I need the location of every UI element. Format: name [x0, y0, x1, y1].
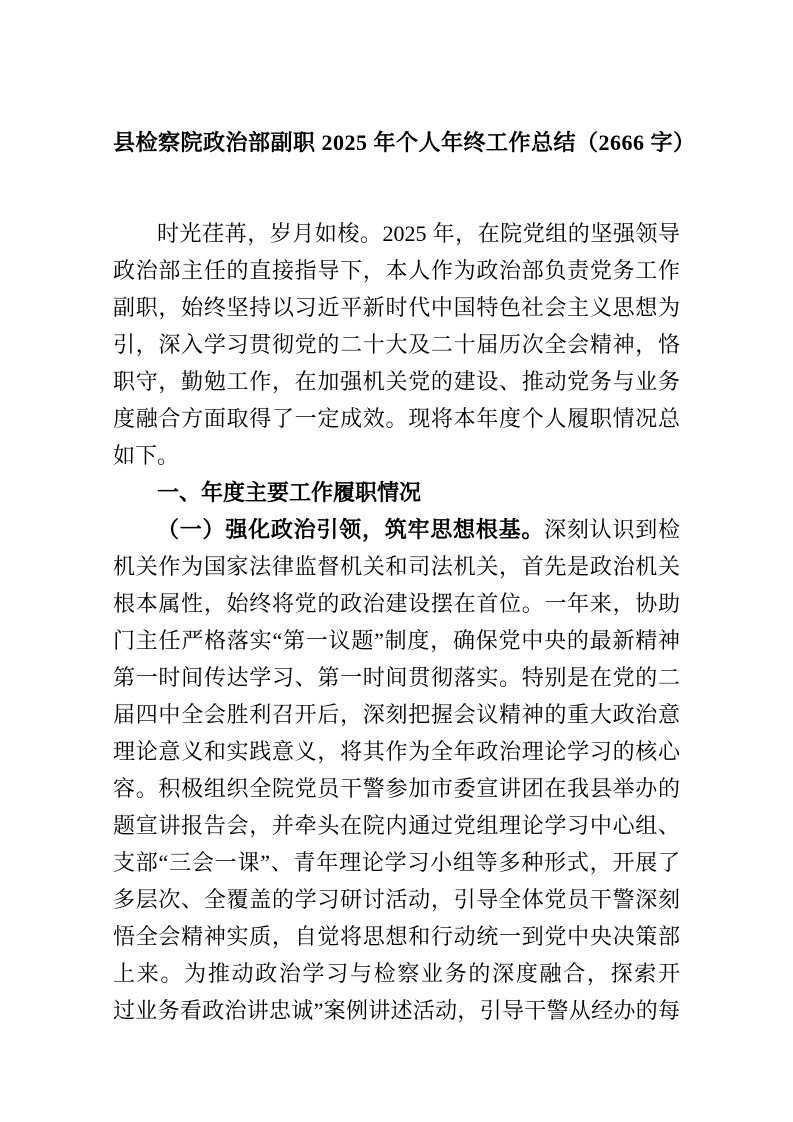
document-page: 县检察院政治部副职 2025 年个人年终工作总结（2666 字） 时光荏苒，岁月… — [0, 0, 793, 1122]
intro-line: 度融合方面取得了一定成效。现将本年度个人履职情况总结 — [113, 400, 680, 437]
body-line: 届四中全会胜利召开后，深刻把握会议精神的重大政治意义、 — [113, 696, 680, 733]
body-line: 题宣讲报告会，并牵头在院内通过党组理论学习中心组、党 — [113, 807, 680, 844]
body-line: 过业务看政治讲忠诚”案例讲述活动，引导干警从经办的每 — [113, 992, 680, 1029]
intro-paragraph: 时光荏苒，岁月如梭。2025 年，在院党组的坚强领导和 政治部主任的直接指导下，… — [113, 215, 680, 474]
body-line: 第一时间传达学习、第一时间贯彻落实。特别是在党的二十 — [113, 659, 680, 696]
body-line: （一）强化政治引领，筑牢思想根基。深刻认识到检察 — [113, 511, 680, 548]
body-line: 支部“三会一课”、青年理论学习小组等多种形式，开展了 — [113, 844, 680, 881]
body-line: 理论意义和实践意义，将其作为全年政治理论学习的核心内 — [113, 733, 680, 770]
body-line: 多层次、全覆盖的学习研讨活动，引导全体党员干警深刻领 — [113, 881, 680, 918]
intro-line: 如下。 — [113, 437, 680, 474]
document-title: 县检察院政治部副职 2025 年个人年终工作总结（2666 字） — [113, 125, 680, 161]
intro-line: 副职，始终坚持以习近平新时代中国特色社会主义思想为指 — [113, 289, 680, 326]
intro-line: 职守，勤勉工作，在加强机关党的建设、推动党务与业务深 — [113, 363, 680, 400]
section-heading: 一、年度主要工作履职情况 — [113, 474, 680, 511]
section1-sub1-paragraph: （一）强化政治引领，筑牢思想根基。深刻认识到检察 机关作为国家法律监督机关和司法… — [113, 511, 680, 1029]
intro-line: 政治部主任的直接指导下，本人作为政治部负责党务工作的 — [113, 252, 680, 289]
body-line: 机关作为国家法律监督机关和司法机关，首先是政治机关的 — [113, 548, 680, 585]
intro-line: 引，深入学习贯彻党的二十大及二十届历次全会精神，恪尽 — [113, 326, 680, 363]
body-line: 门主任严格落实“第一议题”制度，确保党中央的最新精神 — [113, 622, 680, 659]
body-line: 根本属性，始终将党的政治建设摆在首位。一年来，协助部 — [113, 585, 680, 622]
body-line: 容。积极组织全院党员干警参加市委宣讲团在我县举办的专 — [113, 770, 680, 807]
body-line: 上来。为推动政治学习与检察业务的深度融合，探索开展“透 — [113, 955, 680, 992]
subsection-lead: （一）强化政治引领，筑牢思想根基。 — [157, 517, 544, 542]
body-line: 悟全会精神实质，自觉将思想和行动统一到党中央决策部署 — [113, 918, 680, 955]
intro-line: 时光荏苒，岁月如梭。2025 年，在院党组的坚强领导和 — [113, 215, 680, 252]
